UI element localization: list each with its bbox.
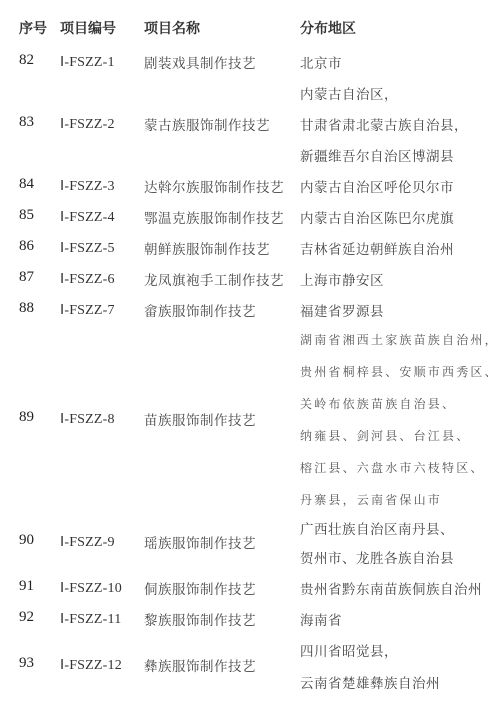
- table-header: 序号 项目编号 项目名称 分布地区: [0, 18, 500, 42]
- row-region: 海南省: [300, 609, 342, 629]
- row-seq: 85: [19, 207, 34, 224]
- row-region: 新疆维吾尔自治区博湖县: [300, 145, 454, 165]
- header-seq: 序号: [19, 18, 47, 38]
- row-name: 蒙古族服饰制作技艺: [144, 114, 270, 134]
- row-code: Ⅰ-FSZZ-4: [60, 209, 115, 226]
- header-name: 项目名称: [144, 18, 200, 38]
- row-code: Ⅰ-FSZZ-12: [60, 657, 122, 674]
- header-code: 项目编号: [60, 18, 116, 38]
- document-page: 序号 项目编号 项目名称 分布地区 82 Ⅰ-FSZZ-1 剧装戏具制作技艺 北…: [0, 0, 500, 711]
- row-region: 广西壮族自治区南丹县、: [300, 518, 454, 538]
- row-name: 彝族服饰制作技艺: [144, 655, 256, 675]
- row-region: 关岭布依族苗族自治县、: [300, 395, 456, 412]
- row-code: Ⅰ-FSZZ-1: [60, 54, 115, 71]
- row-seq: 89: [19, 409, 34, 426]
- row-seq: 91: [19, 578, 34, 595]
- row-seq: 93: [19, 655, 34, 672]
- row-code: Ⅰ-FSZZ-10: [60, 580, 122, 597]
- row-name: 畲族服饰制作技艺: [144, 300, 256, 320]
- row-region: 纳雍县、剑河县、台江县、: [300, 427, 470, 444]
- row-region: 内蒙古自治区，: [300, 83, 398, 103]
- row-region: 福建省罗源县: [300, 300, 384, 320]
- row-code: Ⅰ-FSZZ-6: [60, 271, 115, 288]
- row-name: 瑶族服饰制作技艺: [144, 532, 256, 552]
- row-code: Ⅰ-FSZZ-11: [60, 611, 121, 628]
- row-code: Ⅰ-FSZZ-5: [60, 240, 115, 257]
- row-seq: 84: [19, 176, 34, 193]
- row-region: 丹寨县，云南省保山市: [300, 491, 442, 508]
- row-region: 贺州市、龙胜各族自治县: [300, 547, 454, 567]
- row-name: 黎族服饰制作技艺: [144, 609, 256, 629]
- row-name: 苗族服饰制作技艺: [144, 409, 256, 429]
- row-code: Ⅰ-FSZZ-2: [60, 116, 115, 133]
- row-region: 内蒙古自治区陈巴尔虎旗: [300, 207, 454, 227]
- row-region: 内蒙古自治区呼伦贝尔市: [300, 176, 454, 196]
- row-name: 达斡尔族服饰制作技艺: [144, 176, 284, 196]
- row-seq: 82: [19, 52, 34, 69]
- row-code: Ⅰ-FSZZ-8: [60, 411, 115, 428]
- row-name: 侗族服饰制作技艺: [144, 578, 256, 598]
- row-region: 云南省楚雄彝族自治州: [300, 672, 440, 692]
- row-seq: 86: [19, 238, 34, 255]
- row-region: 四川省昭觉县，: [300, 640, 398, 660]
- row-name: 龙凤旗袍手工制作技艺: [144, 269, 284, 289]
- row-region: 贵州省黔东南苗族侗族自治州: [300, 578, 482, 598]
- row-code: Ⅰ-FSZZ-7: [60, 302, 115, 319]
- row-seq: 92: [19, 609, 34, 626]
- row-code: Ⅰ-FSZZ-9: [60, 534, 115, 551]
- row-seq: 87: [19, 269, 34, 286]
- row-region: 吉林省延边朝鲜族自治州: [300, 238, 454, 258]
- row-name: 朝鲜族服饰制作技艺: [144, 238, 270, 258]
- header-region: 分布地区: [300, 18, 356, 38]
- row-region: 湖南省湘西土家族苗族自治州，: [300, 331, 499, 348]
- row-region: 贵州省桐梓县、安顺市西秀区、: [300, 363, 499, 380]
- row-region: 榕江县、六盘水市六枝特区、: [300, 459, 485, 476]
- row-seq: 90: [19, 532, 34, 549]
- row-name: 剧装戏具制作技艺: [144, 52, 256, 72]
- row-seq: 83: [19, 114, 34, 131]
- row-code: Ⅰ-FSZZ-3: [60, 178, 115, 195]
- row-seq: 88: [19, 300, 34, 317]
- row-region: 上海市静安区: [300, 269, 384, 289]
- row-region: 北京市: [300, 52, 342, 72]
- row-region: 甘肃省肃北蒙古族自治县，: [300, 114, 468, 134]
- row-name: 鄂温克族服饰制作技艺: [144, 207, 284, 227]
